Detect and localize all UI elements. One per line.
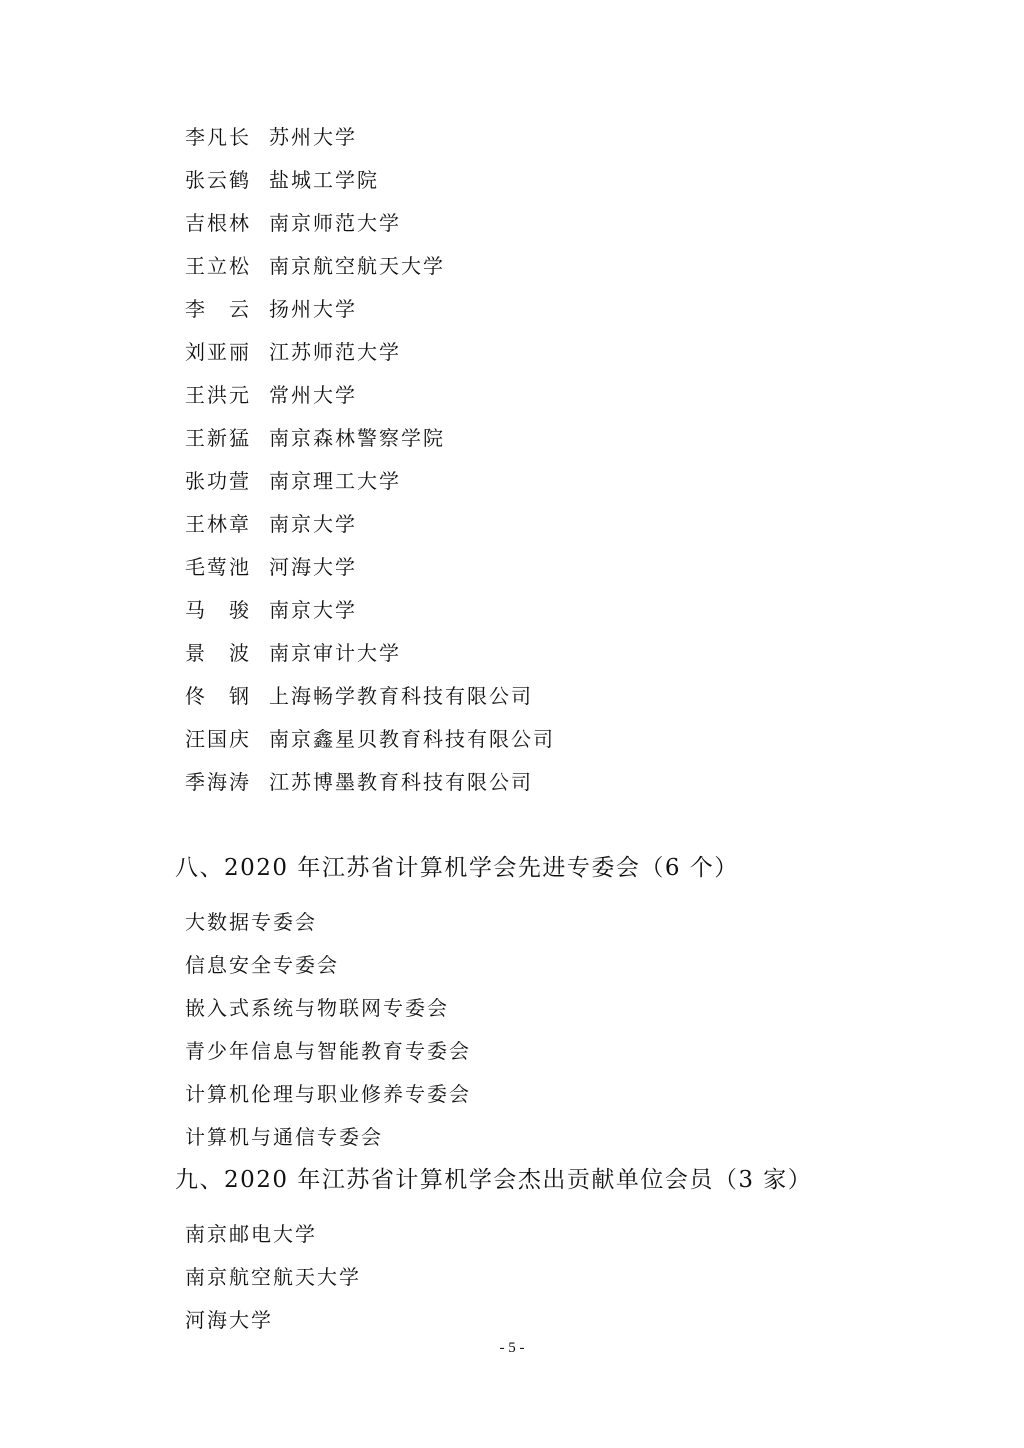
section-9-item: 南京邮电大学 (185, 1219, 317, 1249)
section-8-item: 大数据专委会 (185, 907, 317, 937)
member-name: 季海涛 (185, 767, 269, 797)
member-name: 吉根林 (185, 208, 269, 238)
member-name: 王立松 (185, 251, 269, 281)
member-row: 张功萱南京理工大学 (185, 466, 401, 496)
member-org: 常州大学 (269, 380, 357, 410)
member-row: 李 云扬州大学 (185, 294, 357, 324)
member-org: 南京大学 (269, 595, 357, 625)
member-row: 王洪元常州大学 (185, 380, 357, 410)
member-org: 苏州大学 (269, 122, 357, 152)
section-9-item: 河海大学 (185, 1305, 273, 1335)
member-row: 王新猛南京森林警察学院 (185, 423, 445, 453)
member-org: 南京鑫星贝教育科技有限公司 (269, 724, 555, 754)
member-org: 江苏师范大学 (269, 337, 401, 367)
member-name: 佟 钢 (185, 681, 269, 711)
member-name: 李凡长 (185, 122, 269, 152)
member-row: 吉根林南京师范大学 (185, 208, 401, 238)
member-org: 江苏博墨教育科技有限公司 (269, 767, 533, 797)
member-org: 南京大学 (269, 509, 357, 539)
member-name: 汪国庆 (185, 724, 269, 754)
member-row: 季海涛江苏博墨教育科技有限公司 (185, 767, 533, 797)
member-org: 河海大学 (269, 552, 357, 582)
member-row: 刘亚丽江苏师范大学 (185, 337, 401, 367)
section-8-item: 青少年信息与智能教育专委会 (185, 1036, 471, 1066)
member-row: 王林章南京大学 (185, 509, 357, 539)
section-9-heading: 九、2020 年江苏省计算机学会杰出贡献单位会员（3 家） (175, 1164, 812, 1196)
member-name: 张云鹤 (185, 165, 269, 195)
member-name: 马 骏 (185, 595, 269, 625)
section-8-item: 嵌入式系统与物联网专委会 (185, 993, 449, 1023)
member-name: 毛莺池 (185, 552, 269, 582)
member-name: 张功萱 (185, 466, 269, 496)
member-org: 扬州大学 (269, 294, 357, 324)
section-8-item: 信息安全专委会 (185, 950, 339, 980)
member-row: 景 波南京审计大学 (185, 638, 401, 668)
member-org: 南京审计大学 (269, 638, 401, 668)
member-name: 李 云 (185, 294, 269, 324)
section-8-heading: 八、2020 年江苏省计算机学会先进专委会（6 个） (175, 852, 739, 884)
section-8-item: 计算机伦理与职业修养专委会 (185, 1079, 471, 1109)
member-row: 马 骏南京大学 (185, 595, 357, 625)
member-name: 王洪元 (185, 380, 269, 410)
member-name: 王林章 (185, 509, 269, 539)
member-row: 毛莺池河海大学 (185, 552, 357, 582)
member-row: 李凡长苏州大学 (185, 122, 357, 152)
member-org: 南京师范大学 (269, 208, 401, 238)
member-org: 南京森林警察学院 (269, 423, 445, 453)
member-org: 盐城工学院 (269, 165, 379, 195)
member-row: 张云鹤盐城工学院 (185, 165, 379, 195)
member-org: 南京理工大学 (269, 466, 401, 496)
member-row: 汪国庆南京鑫星贝教育科技有限公司 (185, 724, 555, 754)
document-page: 李凡长苏州大学 张云鹤盐城工学院 吉根林南京师范大学 王立松南京航空航天大学 李… (0, 0, 1024, 1448)
member-org: 南京航空航天大学 (269, 251, 445, 281)
member-row: 佟 钢上海畅学教育科技有限公司 (185, 681, 533, 711)
member-name: 景 波 (185, 638, 269, 668)
member-name: 刘亚丽 (185, 337, 269, 367)
member-row: 王立松南京航空航天大学 (185, 251, 445, 281)
member-name: 王新猛 (185, 423, 269, 453)
page-number: - 5 - (0, 1340, 1024, 1357)
section-9-item: 南京航空航天大学 (185, 1262, 361, 1292)
member-org: 上海畅学教育科技有限公司 (269, 681, 533, 711)
section-8-item: 计算机与通信专委会 (185, 1122, 383, 1152)
